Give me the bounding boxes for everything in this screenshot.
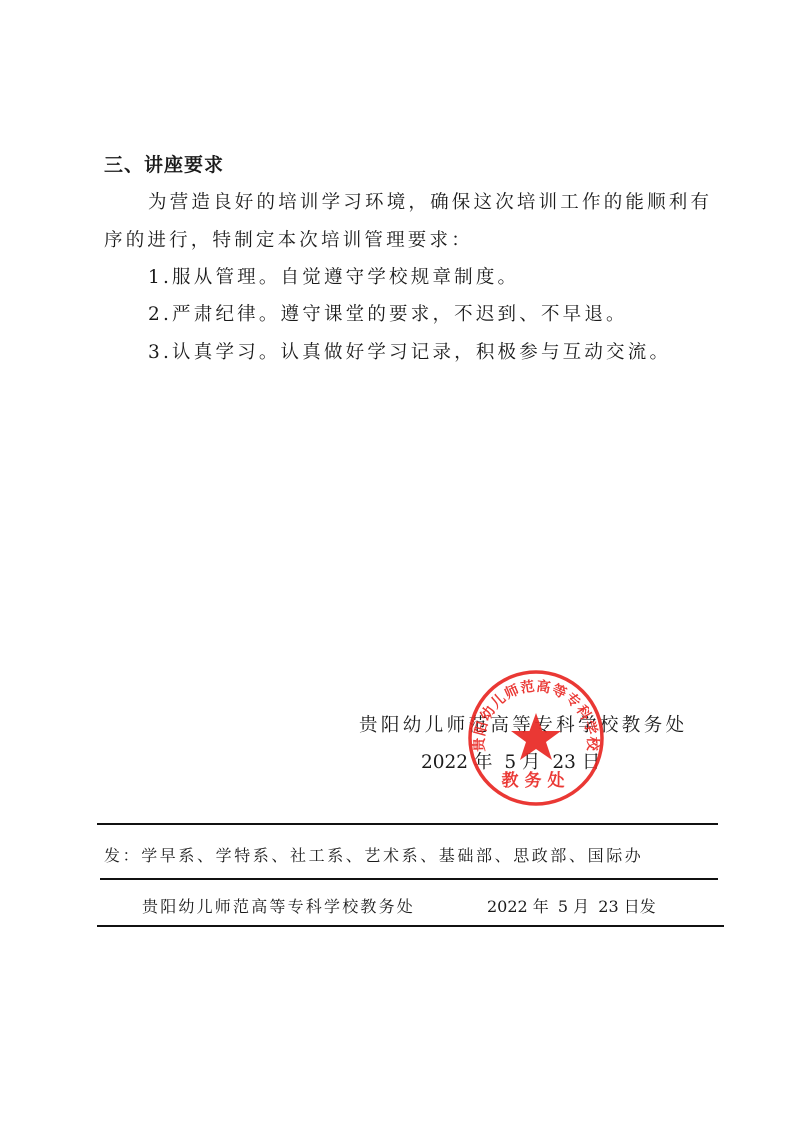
distribution-list: 发：学早系、学特系、社工系、艺术系、基础部、思政部、国际办 xyxy=(104,843,643,866)
intro-paragraph-line-1: 为营造良好的培训学习环境，确保这次培训工作的能顺利有 xyxy=(148,188,712,214)
official-seal-icon: 贵阳幼儿师范高等专科学校 教务处 xyxy=(466,668,606,808)
footer-date-day: 23 日发 xyxy=(598,897,655,916)
requirement-item: 2.严肃纪律。遵守课堂的要求，不迟到、不早退。 xyxy=(148,300,628,326)
requirement-item: 1.服从管理。自觉遵守学校规章制度。 xyxy=(148,263,519,289)
footer-date-year: 2022 年 xyxy=(487,897,549,916)
footer-issue-date: 2022 年 5 月 23 日发 xyxy=(487,894,660,917)
footer-issuer: 贵阳幼儿师范高等专科学校教务处 xyxy=(142,894,415,917)
divider-line xyxy=(97,823,718,825)
section-heading: 三、讲座要求 xyxy=(104,150,224,177)
footer-date-month: 5 月 xyxy=(558,897,589,916)
divider-line xyxy=(97,925,724,927)
requirement-item: 3.认真学习。认真做好学习记录，积极参与互动交流。 xyxy=(148,338,671,364)
star-icon xyxy=(511,713,561,760)
seal-bottom-text: 教务处 xyxy=(502,770,571,791)
intro-paragraph-line-2: 序的进行，特制定本次培训管理要求： xyxy=(104,226,473,252)
divider-line xyxy=(100,878,718,880)
